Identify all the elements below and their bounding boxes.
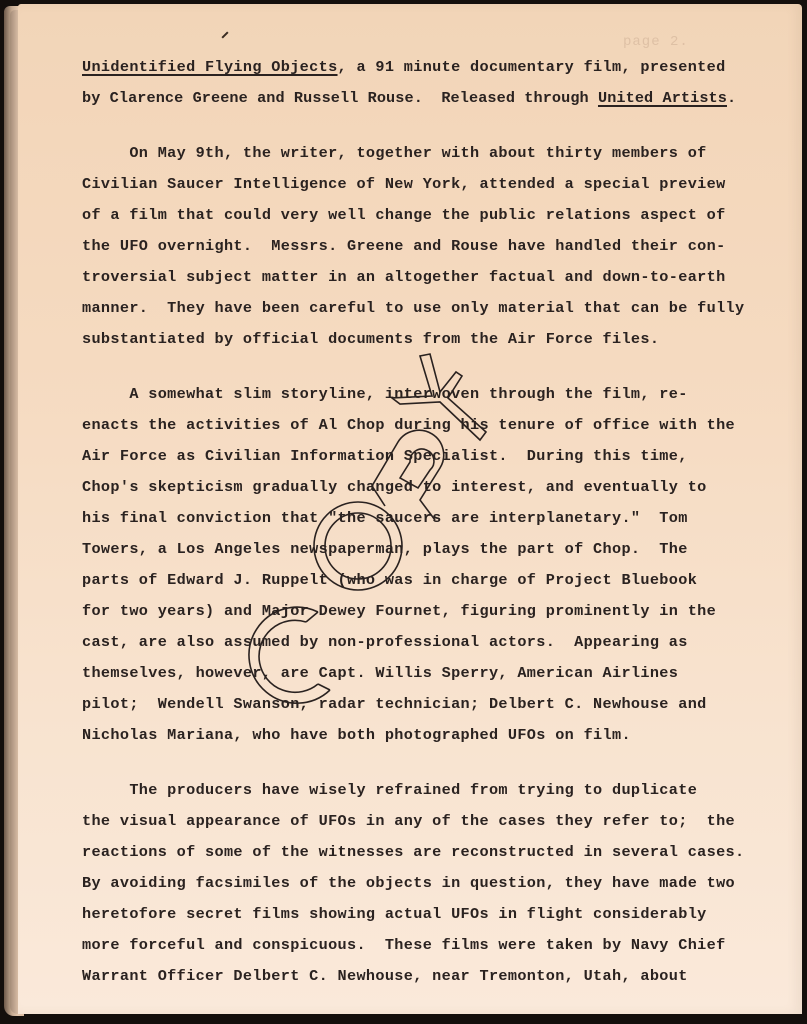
film-title: Unidentified Flying Objects: [82, 58, 338, 76]
text-line: substantiated by official documents from…: [82, 324, 762, 355]
distributor-name: United Artists: [598, 89, 727, 107]
text-line: more forceful and conspicuous. These fil…: [82, 930, 762, 961]
text-line: troversial subject matter in an altogeth…: [82, 262, 762, 293]
paragraph: On May 9th, the writer, together with ab…: [82, 138, 762, 355]
text-line: Chop's skepticism gradually changed to i…: [82, 472, 762, 503]
paragraph: The producers have wisely refrained from…: [82, 775, 762, 992]
intro-line-2: by Clarence Greene and Russell Rouse. Re…: [82, 83, 762, 114]
text-line: of a film that could very well change th…: [82, 200, 762, 231]
document-body: Unidentified Flying Objects, a 91 minute…: [82, 52, 762, 992]
text-line: Towers, a Los Angeles newspaperman, play…: [82, 534, 762, 565]
text-line: Warrant Officer Delbert C. Newhouse, nea…: [82, 961, 762, 992]
text-line: enacts the activities of Al Chop during …: [82, 410, 762, 441]
text-line: the visual appearance of UFOs in any of …: [82, 806, 762, 837]
text-line: parts of Edward J. Ruppelt (who was in c…: [82, 565, 762, 596]
text-line: The producers have wisely refrained from…: [82, 775, 762, 806]
text-line: the UFO overnight. Messrs. Greene and Ro…: [82, 231, 762, 262]
text-line: A somewhat slim storyline, interwoven th…: [82, 379, 762, 410]
pen-tick-mark: [221, 31, 228, 38]
text-line: reactions of some of the witnesses are r…: [82, 837, 762, 868]
paragraph: A somewhat slim storyline, interwoven th…: [82, 379, 762, 751]
text-line: his final conviction that "the saucers a…: [82, 503, 762, 534]
text-line: themselves, however, are Capt. Willis Sp…: [82, 658, 762, 689]
text-line: Civilian Saucer Intelligence of New York…: [82, 169, 762, 200]
text-line: heretofore secret films showing actual U…: [82, 899, 762, 930]
text-line: On May 9th, the writer, together with ab…: [82, 138, 762, 169]
text-line: Air Force as Civilian Information Specia…: [82, 441, 762, 472]
text-line: Nicholas Mariana, who have both photogra…: [82, 720, 762, 751]
text-line: By avoiding facsimiles of the objects in…: [82, 868, 762, 899]
text-line: pilot; Wendell Swanson, radar technician…: [82, 689, 762, 720]
text-line: for two years) and Major Dewey Fournet, …: [82, 596, 762, 627]
page-number-bleedthrough: page 2.: [623, 34, 689, 50]
photo-scene: page 2. Unidentified Flying Objects, a 9…: [0, 0, 807, 1024]
text-line: manner. They have been careful to use on…: [82, 293, 762, 324]
text-line: cast, are also assumed by non-profession…: [82, 627, 762, 658]
intro-line-1: Unidentified Flying Objects, a 91 minute…: [82, 52, 762, 83]
